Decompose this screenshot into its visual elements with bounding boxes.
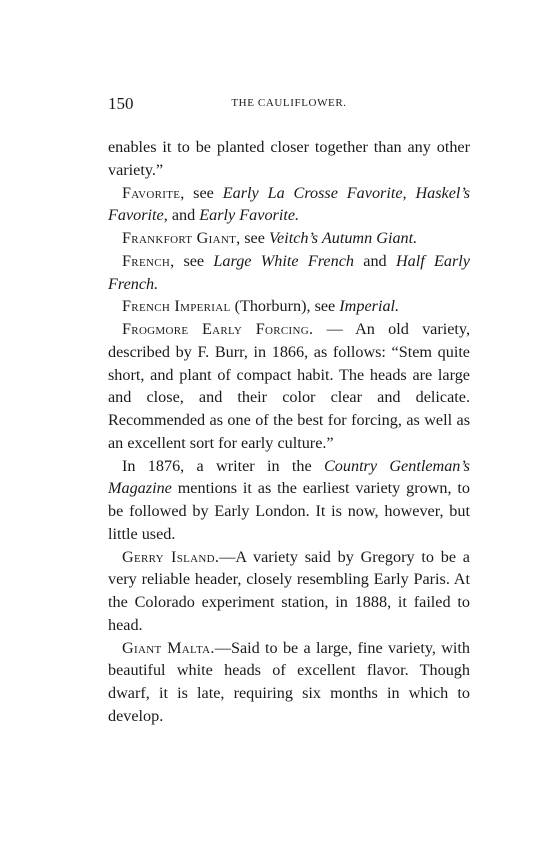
entry-heading: Favorite <box>122 184 180 202</box>
entry-heading: Frogmore Early Forcing. <box>122 320 313 338</box>
italic-reference: Imperial. <box>339 297 399 315</box>
book-page: 150 THE CAULIFLOWER. enables it to be pl… <box>0 0 552 867</box>
italic-reference: Veitch’s Autumn Giant. <box>269 229 417 247</box>
entry-giant-malta: Giant Malta.—Said to be a large, fine va… <box>108 637 470 728</box>
entry-heading: Frankfort Giant <box>122 229 236 247</box>
text-run: (Thorburn), see <box>231 297 340 315</box>
text-run: , and <box>164 206 200 224</box>
text-run: and <box>354 252 396 270</box>
entry-french-imperial: French Imperial (Thorburn), see Imperial… <box>108 295 470 318</box>
entry-favorite: Favorite, see Early La Crosse Favorite, … <box>108 182 470 228</box>
body-text: enables it to be planted closer together… <box>108 136 470 728</box>
running-title: THE CAULIFLOWER. <box>108 97 470 109</box>
text-run: , see <box>180 184 222 202</box>
entry-heading: French Imperial <box>122 297 231 315</box>
text-run: enables it to be planted closer together… <box>108 138 470 179</box>
text-run: , see <box>236 229 269 247</box>
paragraph-continuation: enables it to be planted closer together… <box>108 136 470 182</box>
entry-gerry-island: Gerry Island.—A variety said by Gregory … <box>108 546 470 637</box>
text-run: , see <box>170 252 213 270</box>
italic-reference: Large White French <box>213 252 354 270</box>
entry-heading: Gerry Island. <box>122 548 219 566</box>
italic-reference: Early Favorite. <box>199 206 299 224</box>
entry-heading: French <box>122 252 170 270</box>
entry-heading: Giant Malta. <box>122 639 215 657</box>
entry-frankfort-giant: Frankfort Giant, see Veitch’s Autumn Gia… <box>108 227 470 250</box>
running-head: 150 THE CAULIFLOWER. <box>108 94 470 114</box>
entry-frogmore-early-forcing: Frogmore Early Forcing. — An old variety… <box>108 318 470 455</box>
text-run: — An old variety, described by F. Burr, … <box>108 320 470 452</box>
text-run: In 1876, a writer in the <box>122 457 324 475</box>
paragraph-in-1876: In 1876, a writer in the Country Gentlem… <box>108 455 470 546</box>
entry-french: French, see Large White French and Half … <box>108 250 470 296</box>
